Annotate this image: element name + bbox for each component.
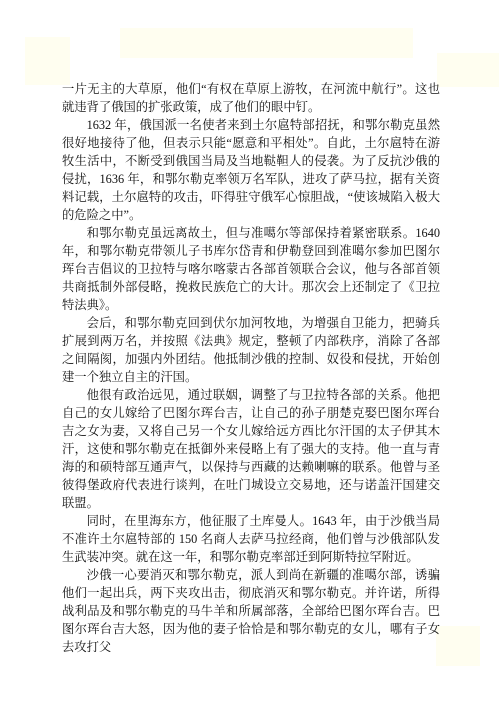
scan-artifact-bottom-right — [436, 626, 480, 666]
paragraph: 会后，和鄂尔勒克回到伏尔加河牧地，为增强自卫能力，把骑兵扩展到两万名，并按照《法… — [62, 314, 440, 386]
scan-artifact-top-band — [120, 28, 413, 58]
paragraph: 和鄂尔勒克虽远离故土，但与准噶尔等部保持着紧密联系。1640年，和鄂尔勒克带领儿… — [62, 224, 440, 314]
scan-artifact-top-right — [437, 53, 499, 87]
paragraph-continuation: 一片无主的大草原，他们“有权在草原上游牧，在河流中航行”。这也就违背了俄国的扩张… — [62, 80, 440, 116]
book-page: 一片无主的大草原，他们“有权在草原上游牧，在河流中航行”。这也就违背了俄国的扩张… — [0, 0, 501, 711]
paragraph: 同时，在里海东方，他征服了土库曼人。1643 年，由于沙俄当局不准许土尔扈特部的… — [62, 512, 440, 566]
paragraph: 沙俄一心要消灭和鄂尔勒克，派人到尚在新疆的准噶尔部，诱骗他们一起出兵，两下夹攻出… — [62, 566, 440, 656]
paragraph: 他很有政治远见，通过联姻，调整了与卫拉特各部的关系。他把自己的女儿嫁给了巴图尔珲… — [62, 386, 440, 512]
page-text-block: 一片无主的大草原，他们“有权在草原上游牧，在河流中航行”。这也就违背了俄国的扩张… — [62, 80, 440, 656]
scan-artifact-top-left — [25, 37, 70, 85]
paragraph: 1632 年，俄国派一名使者来到土尔扈特部招抚，和鄂尔勒克虽然很好地接待了他，但… — [62, 116, 440, 224]
